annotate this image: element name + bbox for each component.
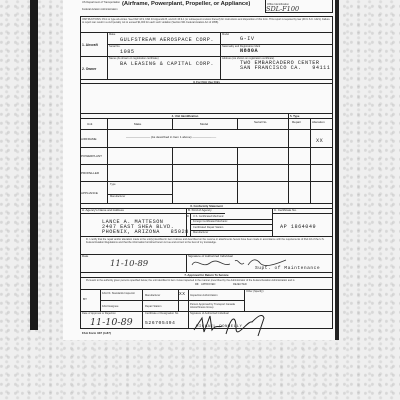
- col-unit: Unit: [87, 123, 92, 126]
- make-label: Make: [109, 33, 115, 36]
- model-value: G-IV: [240, 37, 254, 42]
- approval-cert-label: Certificate or Designation No.: [145, 312, 185, 315]
- option-repair-station: Repair Station: [145, 305, 161, 308]
- agency-line3-value: PHOENIX, ARIZONA 85028: [102, 230, 189, 235]
- option-other: Other (Specify): [246, 290, 263, 293]
- approval-date-value: 11-10-89: [90, 317, 133, 328]
- kind-us-mechanic: U.S. Certificated Mechanic: [193, 215, 224, 218]
- kind-repair-station: Certificated Repair Station: [193, 226, 223, 229]
- option-designee: FAA Designee: [102, 305, 118, 308]
- approval-signature: [192, 310, 272, 338]
- by-label: BY: [83, 298, 87, 301]
- row-appliance-unit: APPLIANCE: [81, 192, 98, 195]
- unit-identification-section: [80, 113, 333, 204]
- option-inspection-auth: Inspection Authorization: [190, 294, 218, 297]
- make-value: GULFSTREAM AEROSPACE CORP.: [120, 38, 214, 43]
- agency-line1: US Department of Transportation: [82, 1, 120, 4]
- row-airframe-description: ------------------------ (As described i…: [126, 136, 216, 139]
- row-powerplant-unit: POWERPLANT: [81, 155, 102, 158]
- serial-label: Serial No.: [109, 45, 120, 48]
- aircraft-label: 1. Aircraft: [82, 43, 98, 47]
- kind-mark-0[interactable]: X: [187, 215, 189, 218]
- owner-label: 2. Owner: [82, 67, 96, 71]
- approved-label: APPROVED: [201, 283, 215, 286]
- conformity-statement: D. I certify that the repair and/or alte…: [86, 238, 330, 244]
- faa-use-section: [80, 79, 333, 114]
- option-manufacturer: Manufacturer: [145, 294, 160, 297]
- option-person-approved: Person Approved by Transport Canada Airw…: [190, 303, 242, 309]
- col-repair: Repair: [292, 121, 301, 124]
- serial-value: 1085: [120, 50, 134, 55]
- owner-name-label: Name (As shown on registration certifica…: [109, 57, 159, 60]
- conformity-date-value: 11-10-89: [110, 259, 148, 269]
- col-model: Model: [200, 123, 208, 126]
- kind-manufacturer: Manufacturer: [193, 231, 208, 234]
- col-serial: Serial No.: [254, 121, 267, 124]
- model-label: Model: [222, 33, 229, 36]
- agency-line2: Federal Aviation Administration: [82, 8, 118, 11]
- kind-of-agency-label: B. Kind of Agency: [188, 209, 212, 212]
- office-id-value: SDL-F100: [266, 5, 299, 13]
- nationality-value: N880A: [240, 49, 258, 54]
- form-number: FAA Form 337 (4-87): [82, 332, 111, 335]
- form-title: (Airframe, Powerplant, Propeller, or App…: [122, 1, 250, 7]
- option-fsi: FAA Flt. Standards Inspector: [102, 292, 140, 295]
- col-alteration: Alteration: [312, 121, 325, 124]
- row-propeller-unit: PROPELLER: [81, 172, 99, 175]
- approved-mark[interactable]: XX: [195, 283, 198, 286]
- approval-date-label: Date of Approval or Rejection: [82, 312, 116, 315]
- conformity-date-label: Date: [82, 255, 88, 258]
- kind-foreign-mechanic: Foreign Certificated Mechanic: [193, 220, 227, 223]
- row-airframe-alteration: XX: [316, 139, 323, 144]
- owner-address-line2: SAN FRANCISCO CA. 94111: [240, 66, 330, 71]
- appliance-manufacturer-label: Manufacturer: [110, 195, 125, 198]
- instructions-text: INSTRUCTIONS: Print or type all entries.…: [82, 18, 331, 24]
- row-airframe-unit: AIRFRAME: [81, 138, 97, 141]
- scan-edge-left: [30, 0, 38, 330]
- rejected-label: REJECTED: [233, 283, 247, 286]
- manufacturer-mark[interactable]: XX: [179, 292, 185, 297]
- approval-statement: Pursuant to the authority given persons …: [86, 279, 330, 282]
- approval-signature-name: MICHAEL DONNELLY: [196, 325, 242, 330]
- appliance-type-label: Type: [110, 183, 116, 186]
- col-make: Make: [134, 123, 141, 126]
- owner-name-value: BA LEASING & CAPITAL CORP.: [120, 62, 214, 67]
- faa-use-header: 3. For FAA Use Only: [80, 80, 333, 84]
- approval-cert-value: 526705494: [145, 321, 175, 326]
- certificate-value: AP 1864049: [280, 225, 316, 230]
- agency-name-label: A. Agency's Name and Address: [82, 209, 124, 212]
- conformity-signature-title: Supt. of Maintenance: [255, 266, 320, 271]
- certificate-label: C. Certificate No.: [274, 209, 297, 212]
